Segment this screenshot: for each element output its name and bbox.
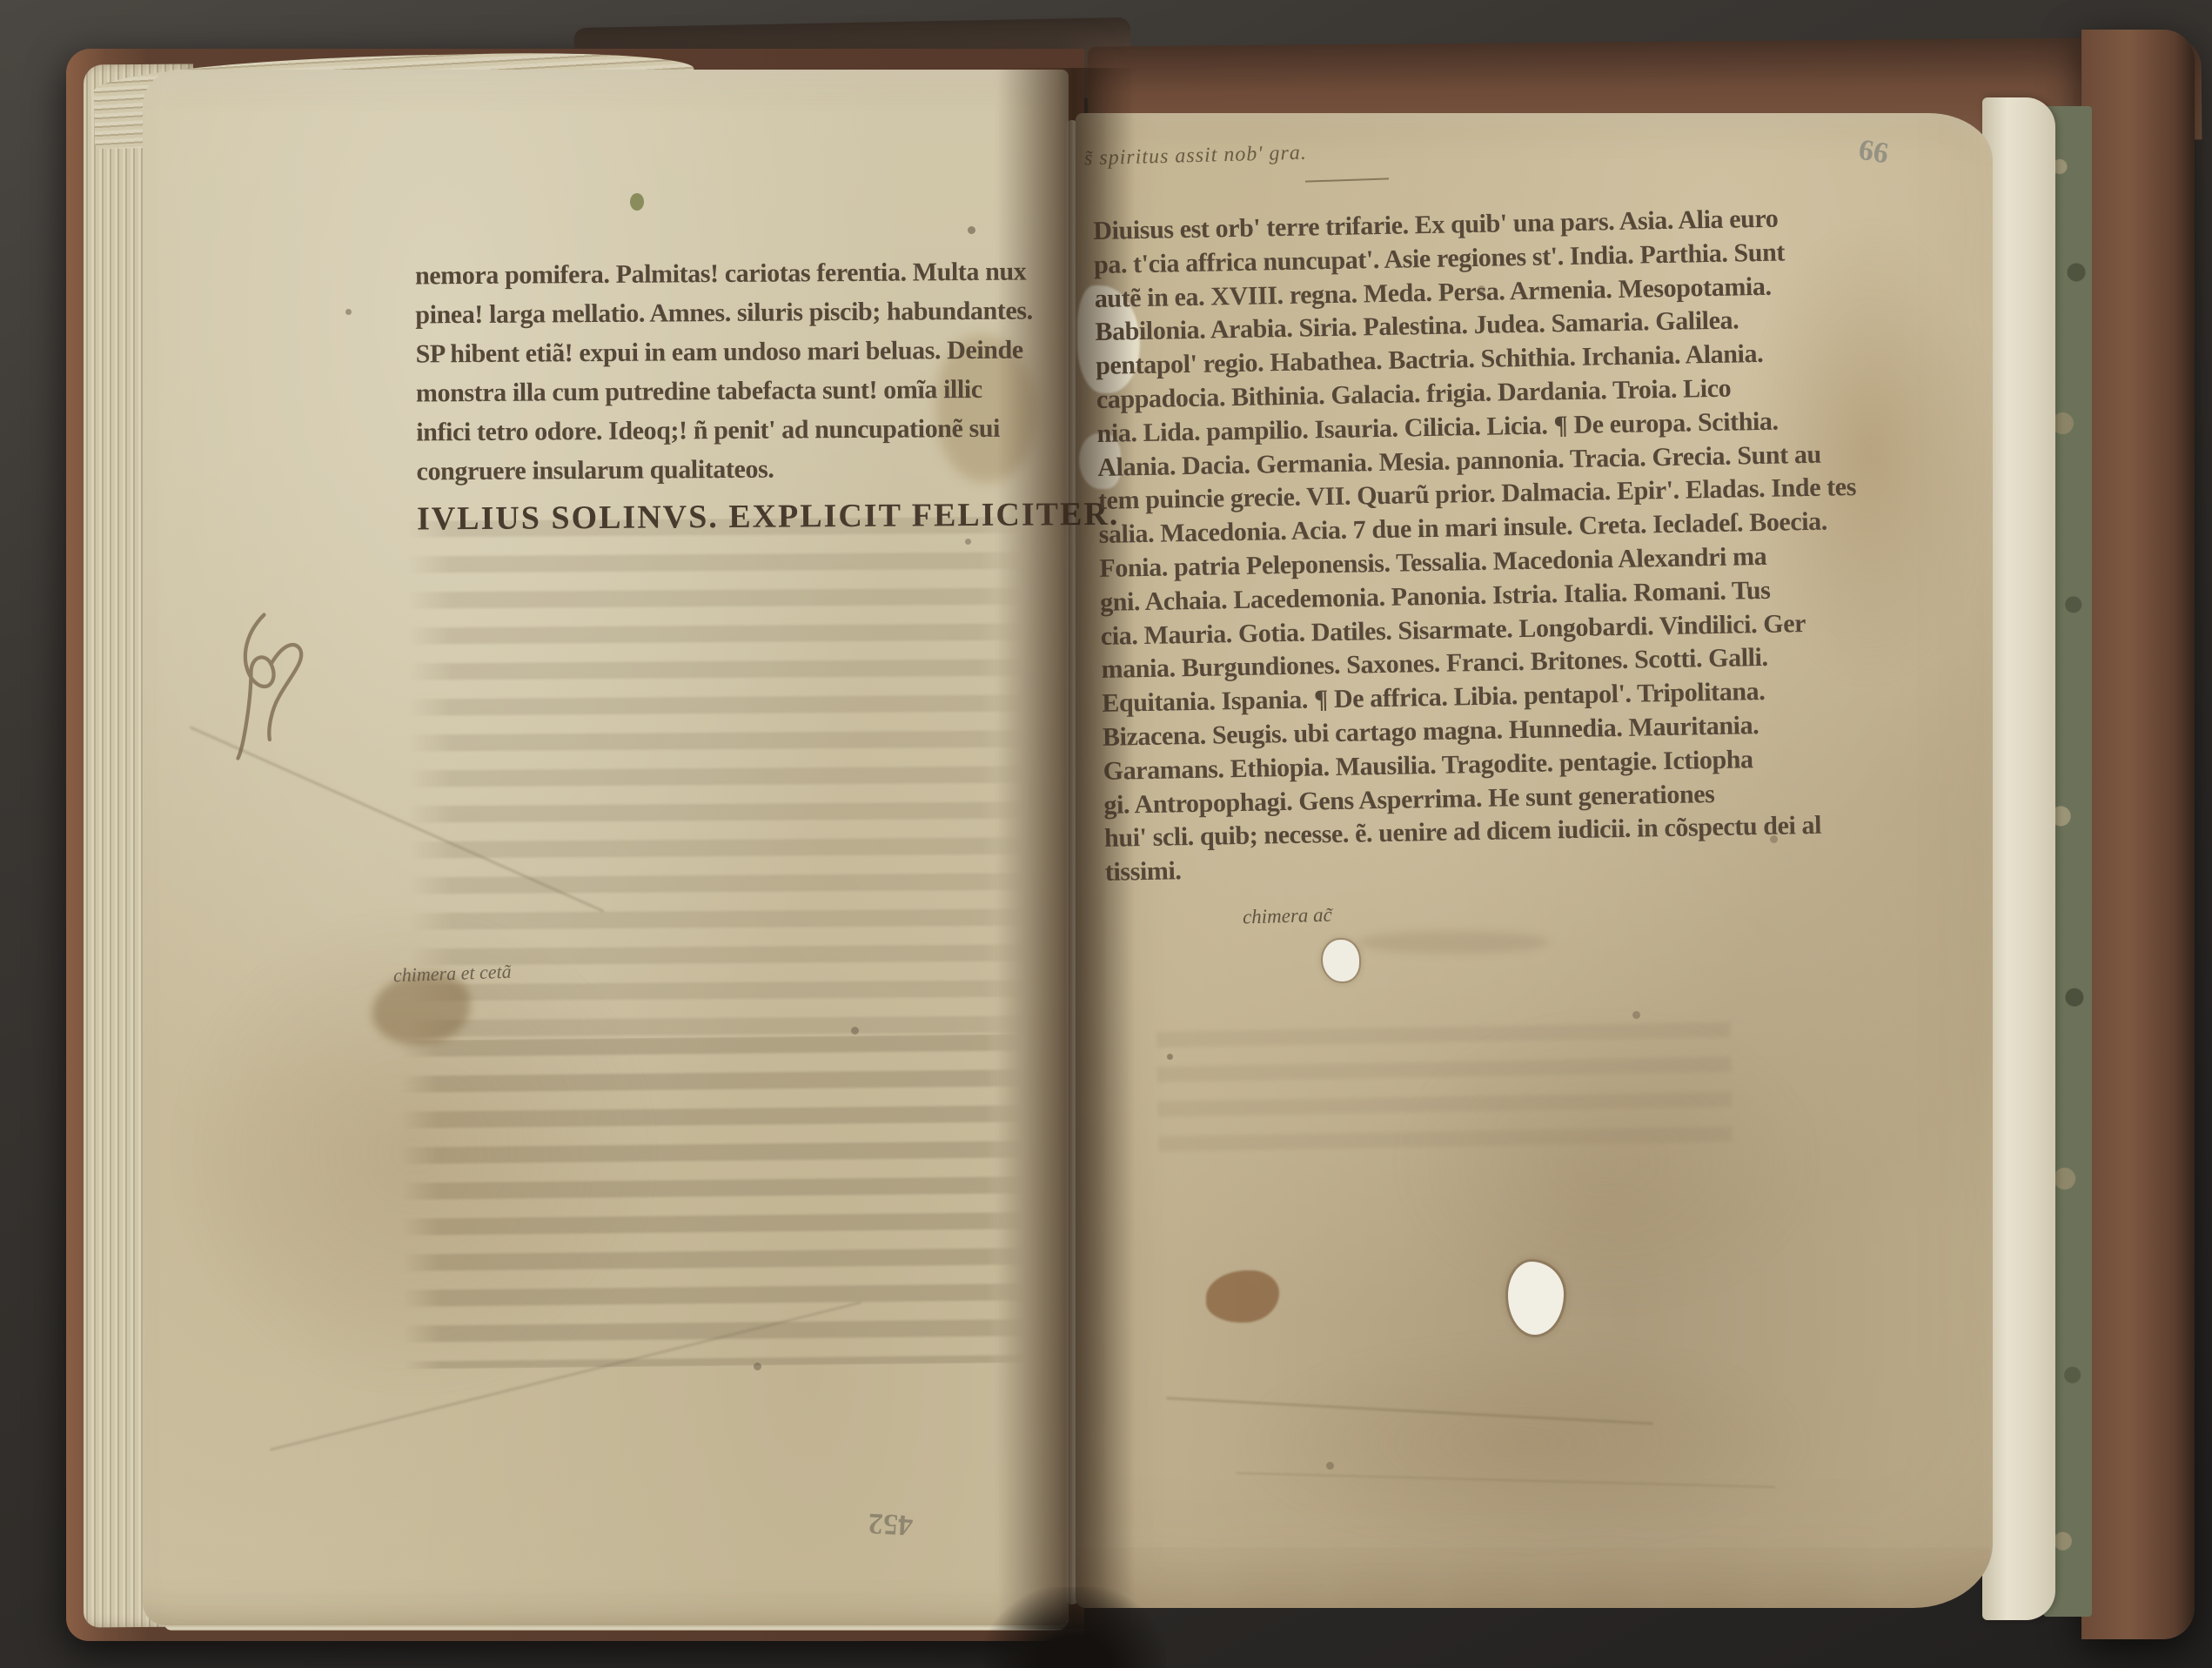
left-page-text-block: nemora pomifera. Palmitas! cariotas fere… — [415, 252, 1031, 540]
faint-margin-note: chimera ac̃ — [1243, 904, 1332, 929]
margin-note: chimera et cetã — [393, 961, 512, 988]
manuscript-line: nemora pomifera. Palmitas! cariotas fere… — [415, 252, 1029, 296]
gutter-bottom-shadow — [983, 1587, 1166, 1668]
parchment-hole — [1323, 940, 1359, 981]
ink-specks — [0, 0, 4, 4]
faded-ink-ghost — [1357, 931, 1549, 954]
folio-number: 66 — [1856, 134, 1891, 171]
right-book-cover — [2081, 30, 2195, 1639]
stain — [1302, 945, 1911, 1380]
manuscript-line: monstra illa cum putredine tabefacta sun… — [416, 370, 1030, 413]
pencil-folio-note: 452 — [868, 1506, 914, 1542]
manuscript-line: infici tetro odore. Ideoq;! ñ penit' ad … — [416, 409, 1030, 452]
gutter-shadow — [997, 68, 1135, 1629]
manuscript-line: congruere insularum qualitateos. — [416, 448, 1030, 492]
stain — [630, 193, 644, 211]
manuscript-line: SP hibent etiã! expui in eam undoso mari… — [415, 331, 1029, 374]
manuscript-line: pinea! larga mellatio. Amnes. siluris pi… — [415, 291, 1029, 335]
flyleaf-page-edge — [1982, 97, 2055, 1620]
pen-flourish — [223, 607, 320, 766]
explicit-colophon: IVLIUS SOLINVS. EXPLICIT FELICITER. — [417, 494, 1031, 540]
right-page-text-block: Diuisus est orb' terre trifarie. Ex quib… — [1093, 201, 1845, 889]
